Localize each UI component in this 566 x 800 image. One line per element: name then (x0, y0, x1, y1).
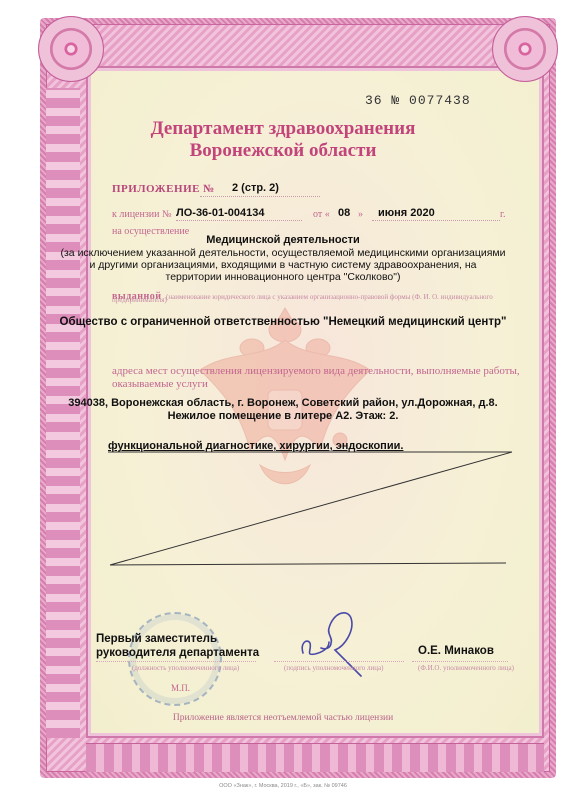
signer-name: О.Е. Минаков (418, 645, 494, 657)
footer-note: Приложение является неотъемлемой частью … (0, 713, 566, 723)
printer-imprint: ООО «Знак», г. Москва, 2019 г., «Б», зак… (0, 783, 566, 789)
signer-position-line2: руководителя департамента (96, 646, 259, 660)
strike-through-lines (0, 0, 566, 800)
signer-position-hint: (должность уполномоченного лица) (132, 664, 239, 672)
name-underline (412, 661, 508, 662)
signature-hint: (подпись уполномоченного лица) (284, 664, 383, 672)
signer-position: Первый заместитель руководителя департам… (96, 632, 259, 660)
signer-position-line1: Первый заместитель (96, 632, 259, 646)
seal-label: М.П. (171, 683, 190, 693)
position-underline (96, 661, 256, 662)
signature-underline (274, 661, 404, 662)
signer-name-hint: (Ф.И.О. уполномоченного лица) (418, 664, 514, 672)
